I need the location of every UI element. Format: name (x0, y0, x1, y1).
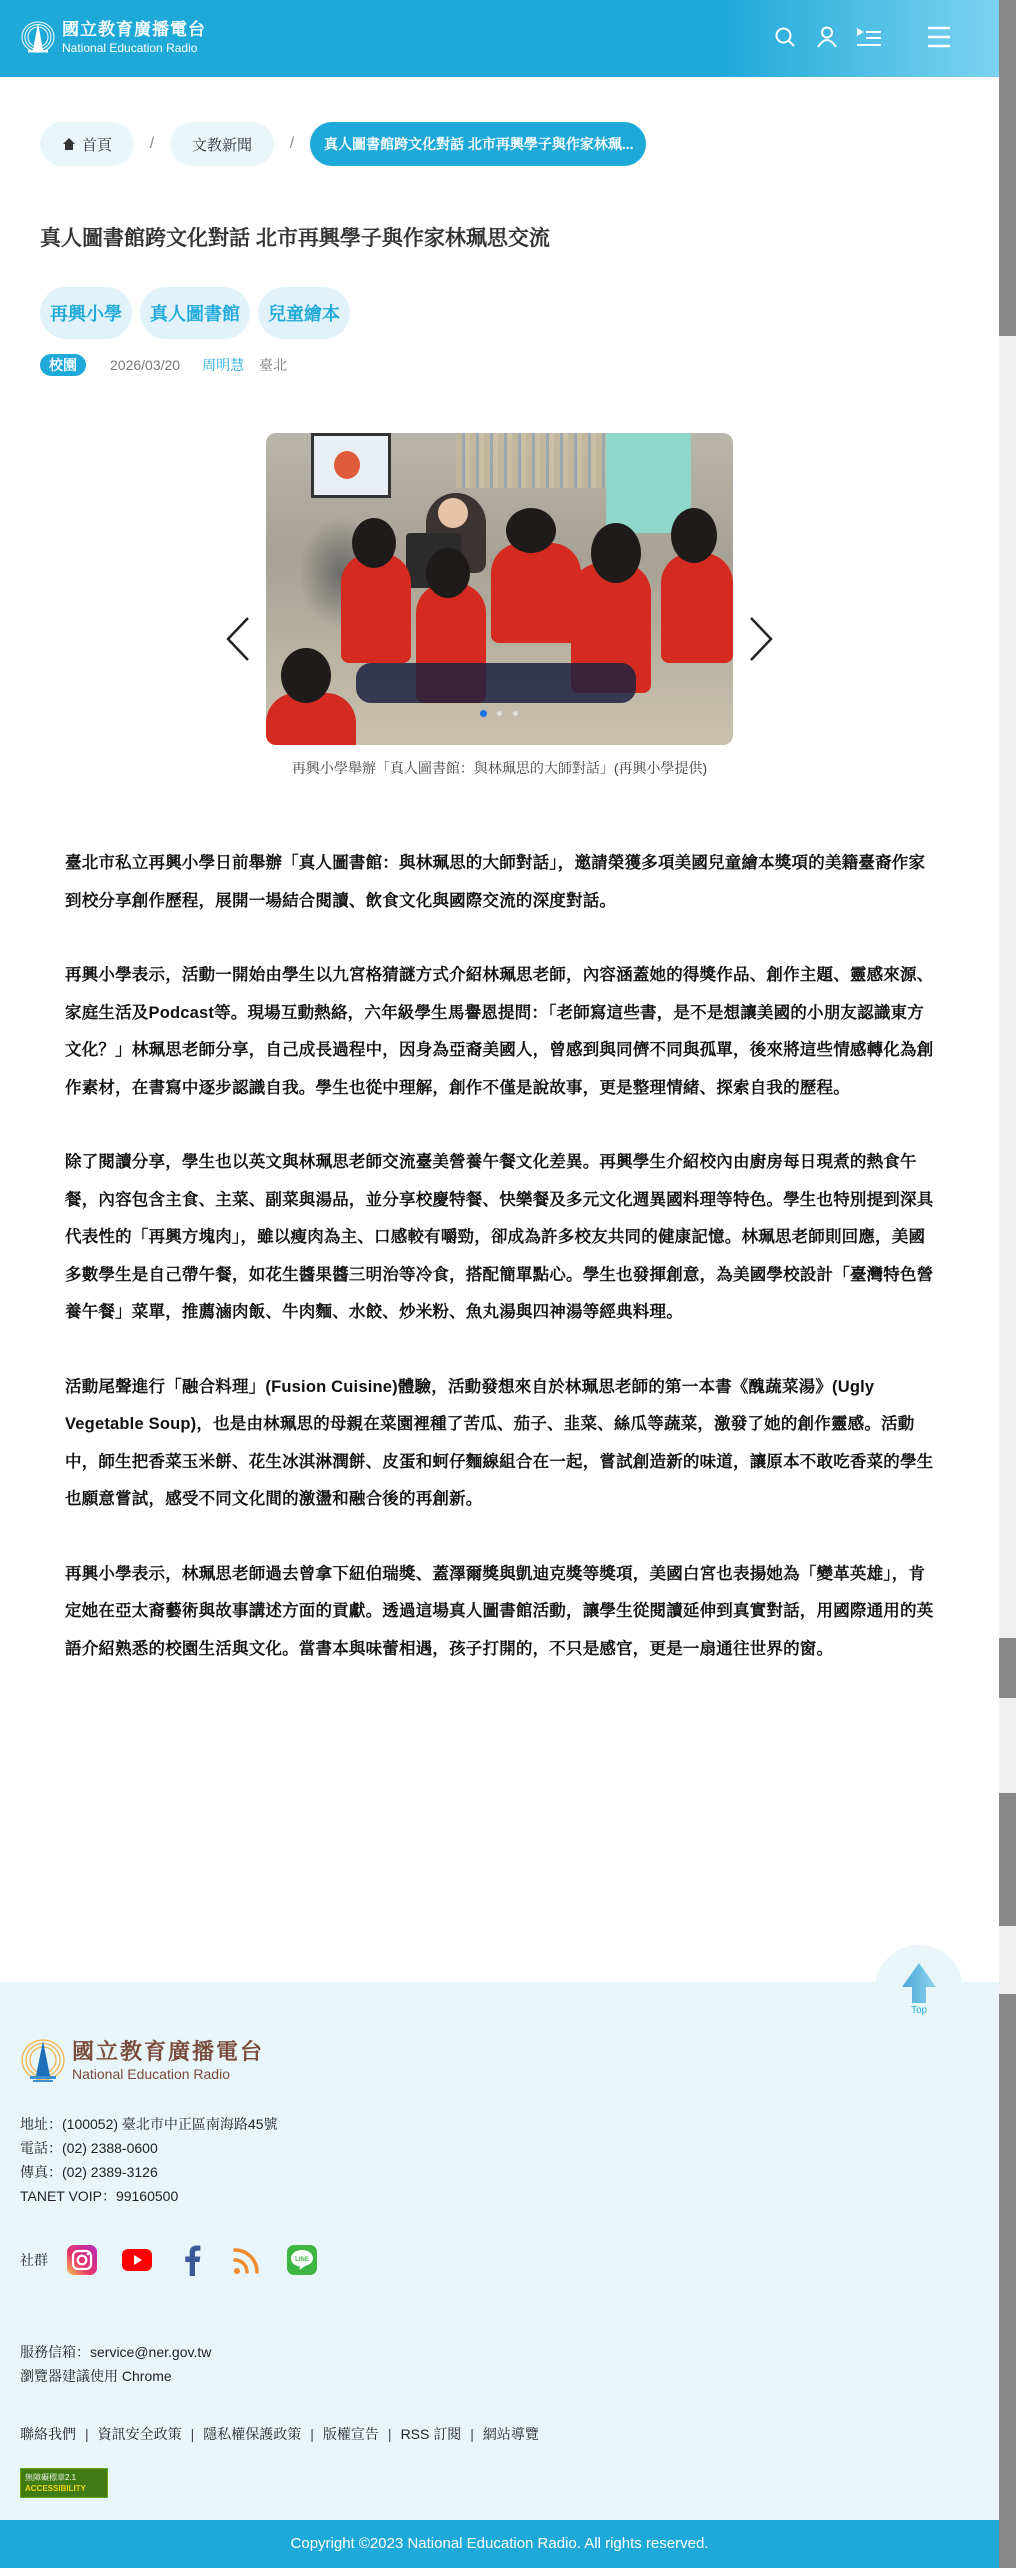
facebook-link[interactable] (176, 2244, 208, 2276)
footer-link-sitemap[interactable]: 網站導覽 (483, 2424, 539, 2444)
rss-icon (233, 2245, 261, 2275)
footer-link-rss[interactable]: RSS 訂閱 (401, 2424, 462, 2444)
menu-icon (924, 22, 954, 52)
logo-tower-icon (20, 2038, 66, 2084)
logo-title-zh: 國立教育廣播電台 (62, 22, 206, 39)
service-info: 服務信箱：service@ner.gov.tw 瀏覽器建議使用 Chrome (20, 2340, 211, 2388)
breadcrumb-current-label: 真人圖書館跨文化對話 北市再興學子與作家林珮... (324, 134, 634, 154)
line-icon: LINE (286, 2244, 318, 2276)
page: 國立教育廣播電台 National Education Radio (0, 0, 999, 2568)
article-paragraph: 再興小學表示，活動一開始由學生以九宮格猜謎方式介紹林珮思老師，內容涵蓋她的得獎作… (65, 957, 935, 1107)
chevron-left-icon (224, 614, 254, 664)
phone: 電話：(02) 2388-0600 (20, 2136, 278, 2160)
carousel-prev-button[interactable] (224, 614, 254, 664)
line-link[interactable]: LINE (286, 2244, 318, 2276)
contact-info: 地址：(100052) 臺北市中正區南海路45號 電話：(02) 2388-06… (20, 2112, 278, 2208)
logo-tower-icon (20, 20, 56, 56)
search-icon (773, 25, 797, 49)
instagram-icon (66, 2244, 98, 2276)
scrollbar-segment (999, 1793, 1016, 1926)
site-footer: 國立教育廣播電台 National Education Radio 地址：(10… (0, 1982, 999, 2520)
footer-links: 聯絡我們 | 資訊安全政策 | 隱私權保護政策 | 版權宣告 | RSS 訂閱 … (20, 2424, 539, 2444)
playlist-icon (855, 25, 883, 49)
page-scrollbar[interactable] (999, 0, 1016, 2568)
footer-link-security-policy[interactable]: 資訊安全政策 (98, 2424, 182, 2444)
link-separator: | (191, 2426, 195, 2442)
footer-logo[interactable]: 國立教育廣播電台 National Education Radio (20, 2038, 264, 2084)
instagram-link[interactable] (66, 2244, 98, 2276)
scrollbar-thumb[interactable] (999, 0, 1016, 336)
location: 臺北 (259, 355, 287, 375)
footer-logo-en: National Education Radio (72, 2067, 264, 2081)
home-icon (62, 137, 76, 151)
link-separator: | (388, 2426, 392, 2442)
a11y-badge-line2: ACCESSIBILITY (25, 2483, 103, 2494)
rss-link[interactable] (231, 2244, 263, 2276)
youtube-icon (121, 2248, 153, 2272)
logo-title-en: National Education Radio (62, 42, 206, 54)
youtube-link[interactable] (121, 2244, 153, 2276)
tag-list: 再興小學 真人圖書館 兒童繪本 (40, 287, 358, 339)
footer-link-contact[interactable]: 聯絡我們 (20, 2424, 76, 2444)
article-body: 臺北市私立再興小學日前舉辦「真人圖書館：與林珮思的大師對話」，邀請榮獲多項美國兒… (65, 845, 935, 1705)
social-links: 社群 (20, 2244, 341, 2276)
accessibility-badge[interactable]: 無障礙標章2.1 ACCESSIBILITY (20, 2468, 108, 2498)
user-icon (815, 25, 839, 49)
category-badge[interactable]: 校園 (40, 354, 86, 376)
service-email[interactable]: 服務信箱：service@ner.gov.tw (20, 2340, 211, 2364)
link-separator: | (310, 2426, 314, 2442)
breadcrumb-separator: / (274, 135, 310, 153)
carousel-dot[interactable] (496, 710, 503, 717)
breadcrumb-current: 真人圖書館跨文化對話 北市再興學子與作家林珮... (310, 122, 646, 166)
tag-chip[interactable]: 再興小學 (40, 287, 132, 339)
scrollbar-segment (999, 1994, 1016, 2568)
link-separator: | (470, 2426, 474, 2442)
author-link[interactable]: 周明慧 (202, 355, 244, 375)
tag-chip[interactable]: 真人圖書館 (140, 287, 250, 339)
publish-date: 2026/03/20 (110, 357, 180, 373)
scrollbar-segment (999, 1638, 1016, 1698)
chevron-right-icon (745, 614, 775, 664)
breadcrumb-home-label: 首頁 (82, 134, 112, 155)
browser-note: 瀏覽器建議使用 Chrome (20, 2364, 211, 2388)
arrow-up-icon (899, 1961, 939, 2005)
carousel-dot[interactable] (512, 710, 519, 717)
site-header: 國立教育廣播電台 National Education Radio (0, 0, 999, 77)
article-paragraph: 除了閱讀分享，學生也以英文與林珮思老師交流臺美營養午餐文化差異。再興學生介紹校內… (65, 1144, 935, 1332)
carousel-dot[interactable] (480, 710, 487, 717)
article-paragraph: 再興小學表示，林珮思老師過去曾拿下紐伯瑞獎、蓋澤爾獎與凱迪克獎等獎項，美國白宮也… (65, 1556, 935, 1669)
facebook-icon (182, 2244, 202, 2276)
footer-link-copyright[interactable]: 版權宣告 (323, 2424, 379, 2444)
voip: TANET VOIP：99160500 (20, 2184, 278, 2208)
copyright-bar: Copyright ©2023 National Education Radio… (0, 2520, 999, 2568)
a11y-badge-line1: 無障礙標章2.1 (25, 2472, 103, 2483)
breadcrumb-category[interactable]: 文教新聞 (170, 122, 274, 166)
carousel-indicators (266, 710, 733, 717)
social-label: 社群 (20, 2250, 48, 2270)
address: 地址：(100052) 臺北市中正區南海路45號 (20, 2112, 278, 2136)
back-to-top-button[interactable]: Top (875, 1945, 963, 2033)
carousel-next-button[interactable] (745, 614, 775, 664)
article-title: 真人圖書館跨文化對話 北市再興學子與作家林珮思交流 (40, 222, 550, 252)
image-carousel[interactable] (266, 433, 733, 745)
search-button[interactable] (770, 22, 800, 52)
main-menu-button[interactable] (924, 22, 954, 52)
svg-text:LINE: LINE (295, 2257, 309, 2263)
playlist-button[interactable] (854, 22, 884, 52)
article-paragraph: 臺北市私立再興小學日前舉辦「真人圖書館：與林珮思的大師對話」，邀請榮獲多項美國兒… (65, 845, 935, 920)
article-photo (266, 433, 733, 745)
image-caption: 再興小學舉辦「真人圖書館：與林珮思的大師對話」(再興小學提供) (0, 758, 999, 778)
breadcrumb-separator: / (134, 135, 170, 153)
fax: 傳真：(02) 2389-3126 (20, 2160, 278, 2184)
site-logo[interactable]: 國立教育廣播電台 National Education Radio (20, 20, 206, 56)
footer-link-privacy-policy[interactable]: 隱私權保護政策 (203, 2424, 301, 2444)
breadcrumb-category-label: 文教新聞 (192, 134, 252, 155)
footer-logo-zh: 國立教育廣播電台 (72, 2041, 264, 2063)
member-button[interactable] (812, 22, 842, 52)
article-meta: 校園 2026/03/20 周明慧 臺北 (40, 354, 287, 376)
breadcrumb: 首頁 / 文教新聞 / 真人圖書館跨文化對話 北市再興學子與作家林珮... (40, 122, 646, 166)
breadcrumb-home[interactable]: 首頁 (40, 122, 134, 166)
article-paragraph: 活動尾聲進行「融合料理」(Fusion Cuisine)體驗，活動發想來自於林珮… (65, 1369, 935, 1519)
back-to-top-label: Top (911, 2005, 927, 2016)
tag-chip[interactable]: 兒童繪本 (258, 287, 350, 339)
link-separator: | (85, 2426, 89, 2442)
